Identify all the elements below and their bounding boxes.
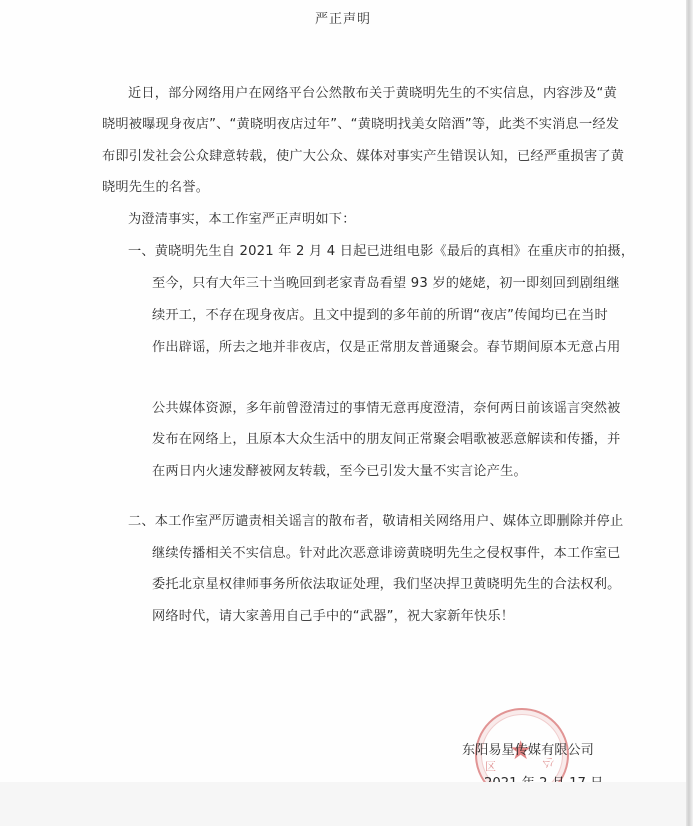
item-two-line-4: 网络时代，请大家善用自己手中的“武器”，祝大家新年快乐！: [152, 605, 514, 624]
item-one-line-6: 发布在网络上，且原本大众生活中的朋友间正常聚会唱歌被恶意解读和传播，并: [152, 428, 621, 447]
item-two-line-1: 二、本工作室严厉谴责相关谣言的散布者，敬请相关网络用户、媒体立即删除并停止: [128, 510, 623, 529]
item-one-line-7: 在两日内火速发酵被网友转载，至今已引发大量不实言论产生。: [152, 460, 527, 479]
paragraph-1-line-4: 晓明先生的名誉。: [102, 176, 209, 195]
paragraph-1-line-2: 晓明被曝现身夜店”、“黄晓明夜店过年”、“黄晓明找美女陪酒”等，此类不实消息一经…: [102, 113, 619, 132]
page-edge-shadow: [686, 0, 693, 826]
item-one-line-1: 一、黄晓明先生自 2021 年 2 月 4 日起已进组电影《最后的真相》在重庆市…: [128, 240, 634, 259]
signature-company: 东阳易星传媒有限公司: [462, 739, 594, 758]
document-page: 严正声明 近日，部分网络用户在网络平台公然散布关于黄晓明先生的不实信息，内容涉及…: [0, 0, 686, 782]
item-two-line-2: 继续传播相关不实信息。针对此次恶意诽谤黄晓明先生之侵权事件，本工作室已: [152, 542, 621, 561]
paragraph-1-line-3: 布即引发社会公众肆意转载，使广大公众、媒体对事实产生错误认知，已经严重损害了黄: [102, 145, 624, 164]
document-title: 严正声明: [0, 8, 686, 27]
page-bottom-margin: [0, 782, 686, 826]
paragraph-1-line-1: 近日，部分网络用户在网络平台公然散布关于黄晓明先生的不实信息，内容涉及“黄: [128, 82, 617, 101]
item-one-line-4: 作出辟谣，所去之地并非夜店，仅是正常朋友普通聚会。春节期间原本无意占用: [152, 336, 621, 355]
item-one-line-5: 公共媒体资源，多年前曾澄清过的事情无意再度澄清，奈何两日前该谣言突然被: [152, 397, 621, 416]
item-one-line-3: 续开工，不存在现身夜店。且文中提到的多年前的所谓“夜店”传闻均已在当时: [152, 304, 608, 323]
paragraph-2-line-1: 为澄清事实，本工作室严正声明如下：: [128, 208, 356, 227]
item-two-line-3: 委托北京星权律师事务所依法取证处理，我们坚决捍卫黄晓明先生的合法权利。: [152, 573, 621, 592]
item-one-line-2: 至今，只有大年三十当晚回到老家青岛看望 93 岁的姥姥，初一即刻回到剧组继: [152, 272, 620, 291]
